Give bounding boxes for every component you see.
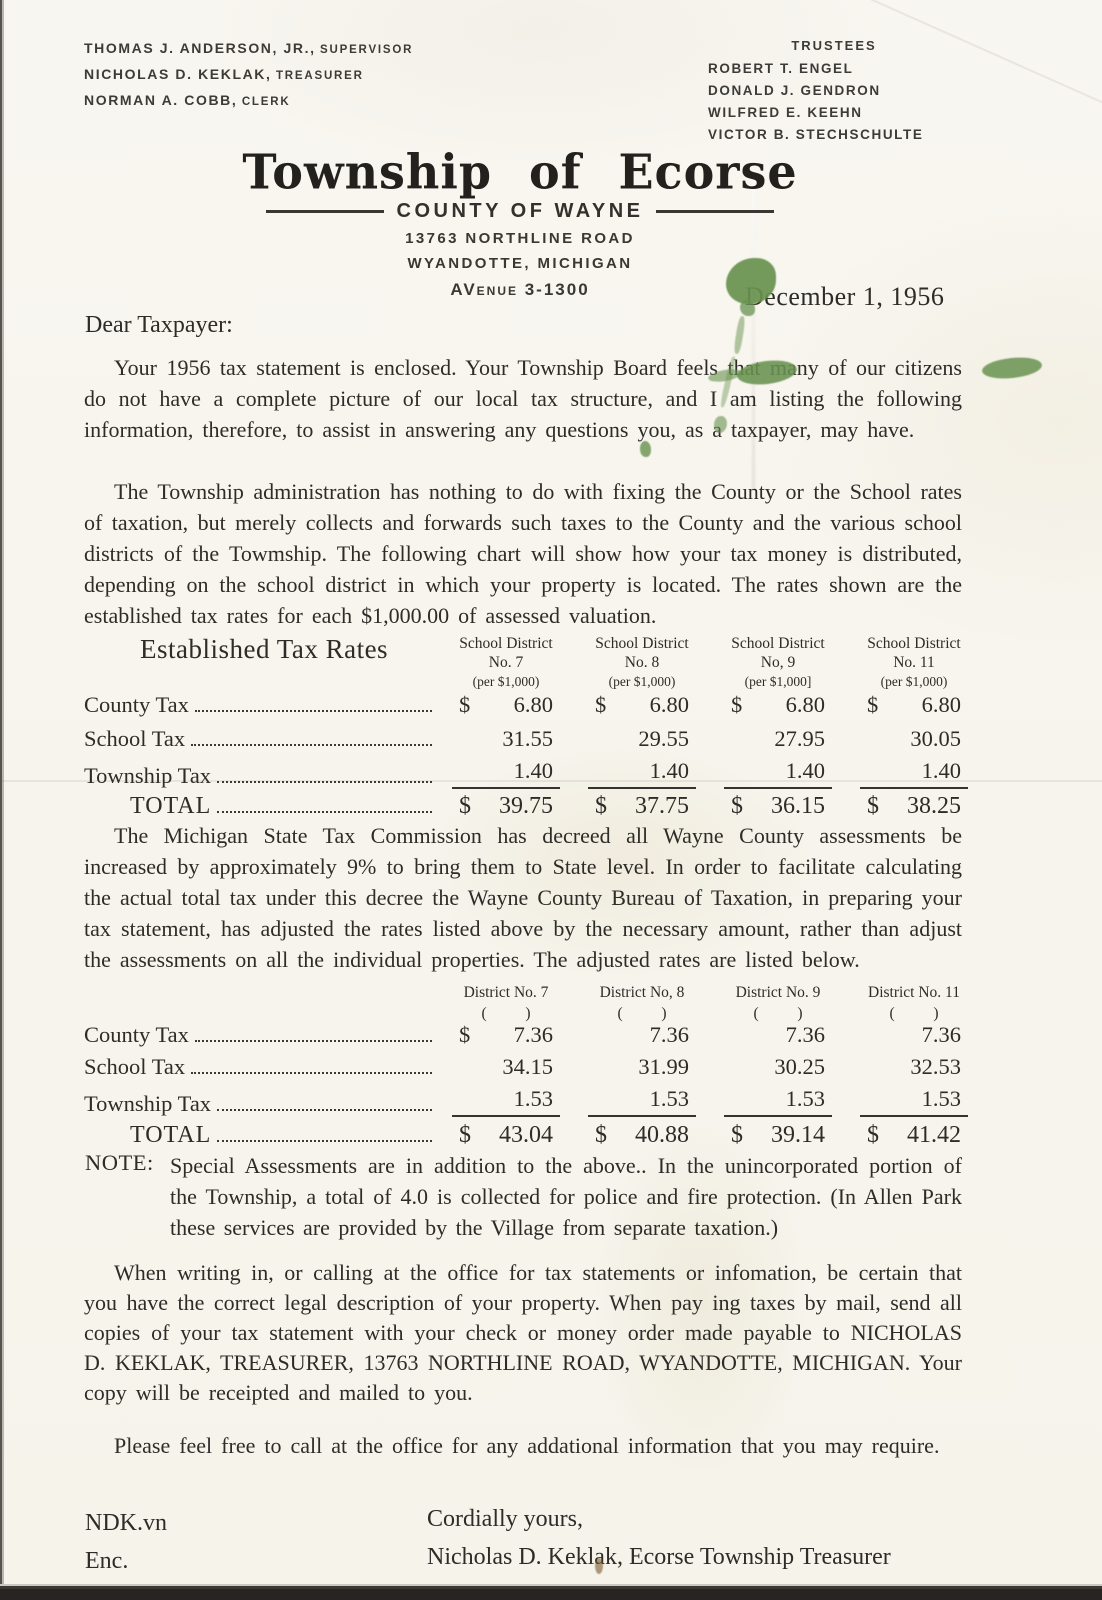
paragraph-1: Your 1956 tax statement is enclosed. You…: [84, 352, 962, 445]
trustees-title: TRUSTEES: [708, 38, 960, 53]
table-heading: Established Tax Rates: [140, 634, 388, 665]
official-name: NICHOLAS D. KEKLAK,: [84, 66, 272, 82]
ink-stain-drip: [733, 316, 746, 355]
table-total-row: TOTAL $43.04 $40.88 $39.14 $41.42: [84, 1122, 982, 1149]
ink-stain: [740, 300, 755, 316]
trustees-block: TRUSTEES ROBERT T. ENGEL DONALD J. GENDR…: [708, 38, 960, 146]
table-row: Township Tax 1.53 1.53 1.53 1.53: [84, 1086, 982, 1117]
adjusted-rates-table: District No. 7( ) District No, 8( ) Dist…: [0, 982, 1102, 1157]
ink-stain: [640, 441, 651, 457]
valediction: Cordially yours,: [427, 1506, 583, 1533]
official-role: CLERK: [242, 96, 291, 108]
column-header: District No. 11( ): [846, 982, 982, 1024]
table-total-row: TOTAL $39.75 $37.75 $36.15 $38.25: [84, 793, 982, 820]
leader-dots: [217, 1108, 432, 1111]
table-row: County Tax $6.80 $6.80 $6.80 $6.80: [84, 692, 982, 718]
table-row: County Tax $7.36 7.36 7.36 7.36: [84, 1022, 982, 1048]
salutation: Dear Taxpayer:: [85, 312, 233, 339]
county-text: COUNTY OF WAYNE: [397, 200, 644, 223]
trustee-name: ROBERT T. ENGEL: [708, 58, 960, 80]
official-line: NICHOLAS D. KEKLAK, TREASURER: [84, 62, 413, 88]
trustee-name: VICTOR B. STECHSCHULTE: [708, 124, 960, 146]
county-line: COUNTY OF WAYNE: [180, 200, 860, 223]
table-row: School Tax 34.15 31.99 30.25 32.53: [84, 1054, 982, 1080]
leader-dots: [217, 1139, 432, 1142]
column-header: School DistrictNo. 11(per $1,000): [846, 634, 982, 691]
address-line-1: 13763 NORTHLINE ROAD: [180, 230, 860, 247]
official-name: NORMAN A. COBB,: [84, 92, 237, 108]
table-row: School Tax 31.55 29.55 27.95 30.05: [84, 726, 982, 752]
column-header: District No. 9( ): [710, 982, 846, 1024]
table-column-headers: School DistrictNo. 7(per $1,000) School …: [438, 634, 982, 691]
leader-dots: [217, 810, 432, 813]
column-header: School DistrictNo, 9(per $1,000]: [710, 634, 846, 691]
bottom-scan-bar: [0, 1584, 1102, 1600]
ink-stain: [981, 355, 1043, 381]
note-text: Special Assessments are in addition to t…: [170, 1150, 962, 1243]
paragraph-5: Please feel free to call at the office f…: [84, 1430, 962, 1461]
official-role: SUPERVISOR: [320, 44, 413, 56]
official-line: THOMAS J. ANDERSON, JR., SUPERVISOR: [84, 36, 413, 62]
table-row: Township Tax 1.40 1.40 1.40 1.40: [84, 758, 982, 789]
paper-speck: [595, 1558, 603, 1574]
rule-left: [266, 210, 384, 213]
scanned-letter: THOMAS J. ANDERSON, JR., SUPERVISOR NICH…: [0, 0, 1102, 1600]
rule-right: [656, 210, 774, 213]
established-tax-rates-table: Established Tax Rates School DistrictNo.…: [0, 630, 1102, 825]
official-name: THOMAS J. ANDERSON, JR.,: [84, 40, 316, 56]
paragraph-3: The Michigan State Tax Commission has de…: [84, 820, 962, 975]
trustee-name: DONALD J. GENDRON: [708, 80, 960, 102]
paragraph-2: The Township administration has nothing …: [84, 476, 962, 631]
leader-dots: [191, 1071, 432, 1074]
leader-dots: [195, 1039, 432, 1042]
leader-dots: [217, 780, 432, 783]
officials-block: THOMAS J. ANDERSON, JR., SUPERVISOR NICH…: [84, 36, 413, 114]
letterhead-title: Township of Ecorse: [180, 147, 860, 197]
table-column-headers: District No. 7( ) District No, 8( ) Dist…: [438, 982, 982, 1024]
typist-initials: NDK.vn: [85, 1510, 167, 1537]
column-header: District No, 8( ): [574, 982, 710, 1024]
trustee-name: WILFRED E. KEEHN: [708, 102, 960, 124]
leader-dots: [195, 709, 432, 712]
leader-dots: [191, 743, 432, 746]
official-role: TREASURER: [276, 70, 364, 82]
note-label: NOTE:: [85, 1150, 154, 1176]
enclosure-notation: Enc.: [85, 1548, 128, 1575]
paragraph-4: When writing in, or calling at the offic…: [84, 1258, 962, 1408]
column-header: School DistrictNo. 8(per $1,000): [574, 634, 710, 691]
column-header: School DistrictNo. 7(per $1,000): [438, 634, 574, 691]
column-header: District No. 7( ): [438, 982, 574, 1024]
official-line: NORMAN A. COBB, CLERK: [84, 88, 413, 114]
signature-line: Nicholas D. Keklak, Ecorse Township Trea…: [427, 1544, 891, 1571]
